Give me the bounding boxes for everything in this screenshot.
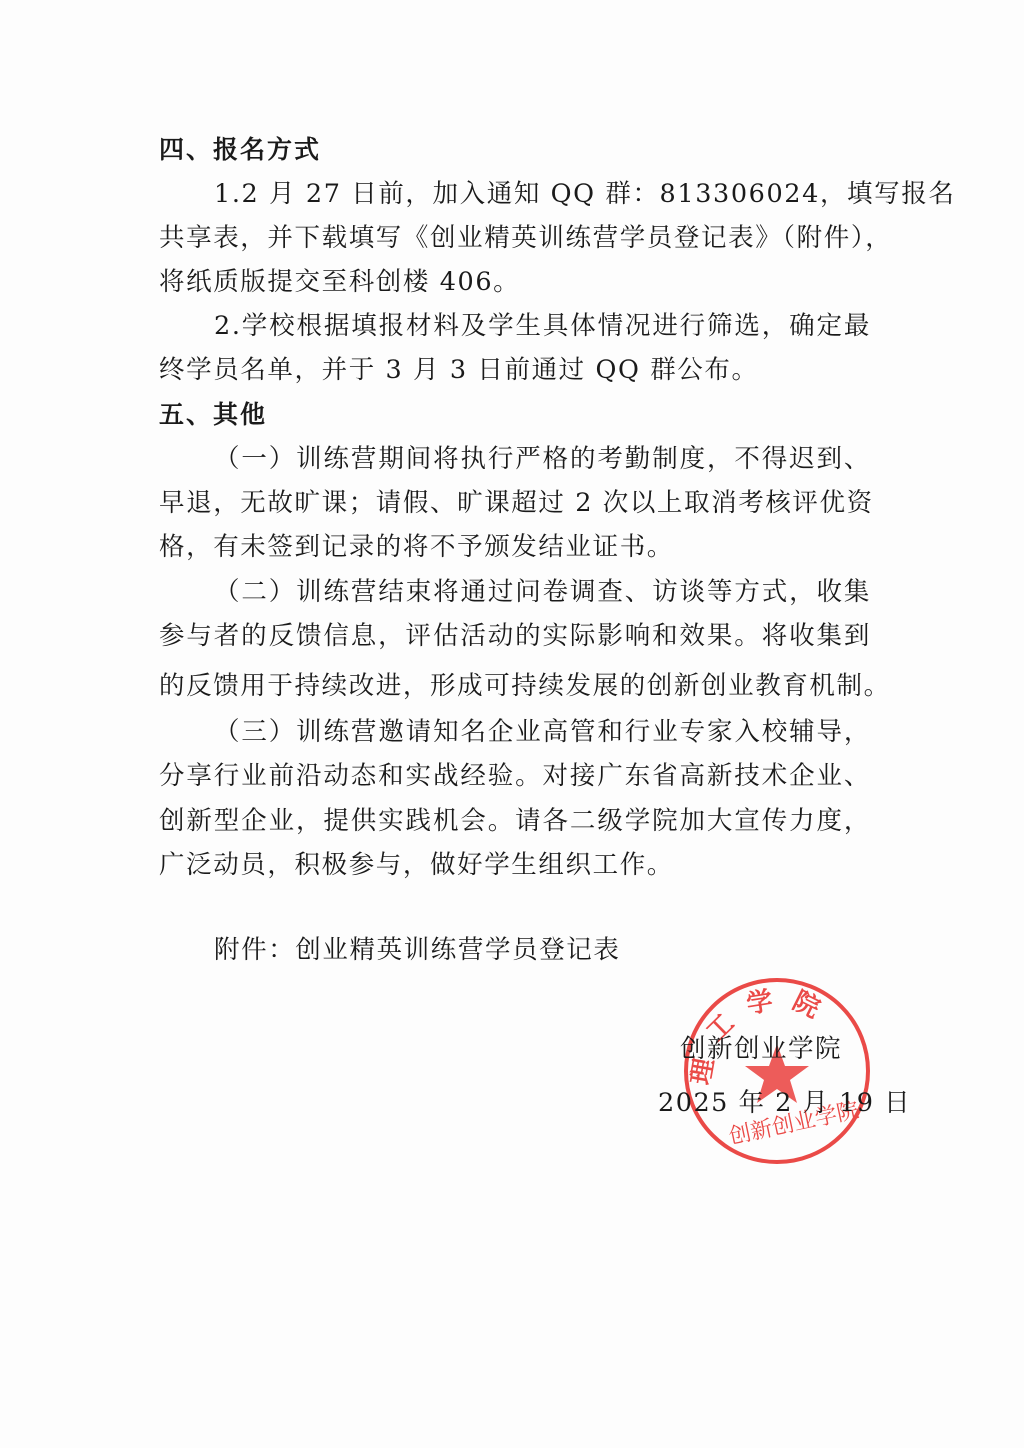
signature-org: 创新创业学院 (680, 1027, 842, 1071)
seal-icon: 理工学院 创新创业学院 (682, 976, 872, 1166)
document-page: 四、报名方式 1.2 月 27 日前，加入通知 QQ 群：813306024，填… (0, 0, 1024, 1448)
paragraph-line: 早退，无故旷课；请假、旷课超过 2 次以上取消考核评优资 (159, 481, 871, 525)
section-heading-other: 五、其他 (159, 393, 871, 437)
section-heading-registration: 四、报名方式 (159, 128, 871, 172)
paragraph-line: 创新型企业，提供实践机会。请各二级学院加大宣传力度， (159, 799, 871, 843)
paragraph-line: （一）训练营期间将执行严格的考勤制度，不得迟到、 (214, 437, 871, 481)
paragraph-line: 分享行业前沿动态和实战经验。对接广东省高新技术企业、 (159, 754, 871, 798)
paragraph-line: 共享表，并下载填写《创业精英训练营学员登记表》（附件）， (159, 216, 871, 260)
paragraph-line: 1.2 月 27 日前，加入通知 QQ 群：813306024，填写报名 (214, 172, 871, 216)
paragraph-line: 参与者的反馈信息，评估活动的实际影响和效果。将收集到 (159, 614, 871, 658)
paragraph-line: 的反馈用于持续改进，形成可持续发展的创新创业教育机制。 (159, 664, 871, 708)
paragraph-line: 广泛动员，积极参与，做好学生组织工作。 (159, 843, 871, 887)
signature-date: 2025 年 2 月 19 日 (658, 1081, 911, 1125)
attachment-note: 附件：创业精英训练营学员登记表 (214, 928, 814, 972)
paragraph-line: 终学员名单，并于 3 月 3 日前通过 QQ 群公布。 (159, 348, 871, 392)
paragraph-line: 2.学校根据填报材料及学生具体情况进行筛选，确定最 (214, 304, 871, 348)
paragraph-line: （二）训练营结束将通过问卷调查、访谈等方式，收集 (214, 570, 871, 614)
official-seal: 理工学院 创新创业学院 (682, 976, 872, 1166)
paragraph-line: 将纸质版提交至科创楼 406。 (159, 260, 871, 304)
paragraph-line: 格，有未签到记录的将不予颁发结业证书。 (159, 525, 871, 569)
paragraph-line: （三）训练营邀请知名企业高管和行业专家入校辅导， (214, 710, 871, 754)
